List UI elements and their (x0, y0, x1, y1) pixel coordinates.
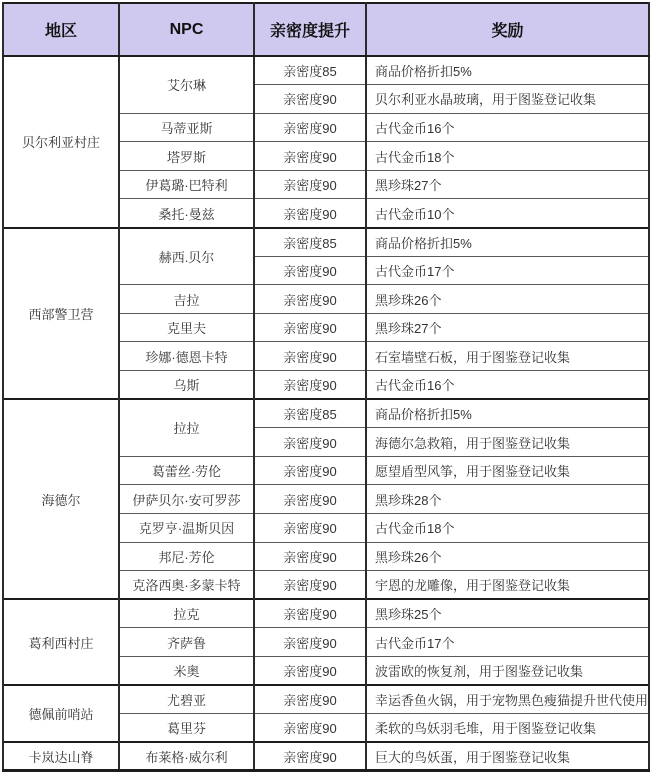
affinity-level-cell: 亲密度85 (254, 399, 366, 428)
reward-cell: 黑珍珠26个 (366, 542, 649, 571)
reward-cell: 黑珍珠25个 (366, 599, 649, 628)
header-cell-affinity: 亲密度提升 (254, 3, 366, 56)
affinity-level-cell: 亲密度90 (254, 485, 366, 514)
affinity-level-cell: 亲密度90 (254, 142, 366, 171)
affinity-level-cell: 亲密度90 (254, 199, 366, 228)
reward-cell: 石室墙壁石板，用于图鉴登记收集 (366, 342, 649, 371)
npc-cell: 克罗亨·温斯贝因 (119, 514, 254, 543)
affinity-level-cell: 亲密度90 (254, 342, 366, 371)
npc-cell: 齐萨鲁 (119, 628, 254, 657)
reward-cell: 古代金币10个 (366, 199, 649, 228)
affinity-level-cell: 亲密度90 (254, 113, 366, 142)
reward-cell: 愿望盾型风筝，用于图鉴登记收集 (366, 456, 649, 485)
header-cell-reward: 奖励 (366, 3, 649, 56)
table-row: 贝尔利亚村庄艾尔琳亲密度85商品价格折扣5% (3, 56, 649, 85)
npc-cell: 克里夫 (119, 313, 254, 342)
affinity-level-cell: 亲密度90 (254, 313, 366, 342)
table-row: 海德尔拉拉亲密度85商品价格折扣5% (3, 399, 649, 428)
npc-cell: 吉拉 (119, 285, 254, 314)
npc-cell: 马蒂亚斯 (119, 113, 254, 142)
region-cell: 海德尔 (3, 399, 119, 599)
affinity-level-cell: 亲密度90 (254, 542, 366, 571)
header-cell-npc: NPC (119, 3, 254, 56)
npc-cell: 乌斯 (119, 371, 254, 400)
affinity-level-cell: 亲密度90 (254, 714, 366, 743)
npc-cell: 米奥 (119, 656, 254, 685)
header-row: 地区 NPC 亲密度提升 奖励 (3, 3, 649, 56)
affinity-level-cell: 亲密度90 (254, 599, 366, 628)
affinity-level-cell: 亲密度85 (254, 228, 366, 257)
affinity-level-cell: 亲密度90 (254, 256, 366, 285)
reward-cell: 黑珍珠27个 (366, 313, 649, 342)
npc-cell: 珍娜·德恩卡特 (119, 342, 254, 371)
affinity-level-cell: 亲密度90 (254, 285, 366, 314)
affinity-level-cell: 亲密度90 (254, 428, 366, 457)
table-row: 卡岚达山脊布莱格·威尔利亲密度90巨大的鸟妖蛋，用于图鉴登记收集 (3, 742, 649, 771)
npc-cell: 赫西.贝尔 (119, 228, 254, 285)
affinity-level-cell: 亲密度90 (254, 85, 366, 114)
reward-cell: 古代金币18个 (366, 142, 649, 171)
npc-cell: 艾尔琳 (119, 56, 254, 113)
reward-cell: 波雷欧的恢复剂，用于图鉴登记收集 (366, 656, 649, 685)
rewards-table-body: 贝尔利亚村庄艾尔琳亲密度85商品价格折扣5%亲密度90贝尔利亚水晶玻璃，用于图鉴… (3, 56, 649, 771)
affinity-level-cell: 亲密度90 (254, 170, 366, 199)
affinity-level-cell: 亲密度90 (254, 371, 366, 400)
affinity-level-cell: 亲密度90 (254, 571, 366, 600)
npc-cell: 桑托·曼兹 (119, 199, 254, 228)
region-cell: 贝尔利亚村庄 (3, 56, 119, 228)
npc-cell: 伊葛璐·巴特利 (119, 170, 254, 199)
affinity-level-cell: 亲密度85 (254, 56, 366, 85)
reward-cell: 黑珍珠28个 (366, 485, 649, 514)
table-header: 地区 NPC 亲密度提升 奖励 (3, 3, 649, 56)
reward-cell: 黑珍珠27个 (366, 170, 649, 199)
affinity-level-cell: 亲密度90 (254, 742, 366, 771)
reward-cell: 古代金币17个 (366, 628, 649, 657)
region-cell: 西部警卫营 (3, 228, 119, 400)
reward-cell: 宇恩的龙雕像，用于图鉴登记收集 (366, 571, 649, 600)
npc-cell: 塔罗斯 (119, 142, 254, 171)
reward-cell: 古代金币16个 (366, 113, 649, 142)
reward-cell: 商品价格折扣5% (366, 56, 649, 85)
reward-cell: 幸运香鱼火锅，用于宠物黑色瘦猫提升世代使用 (366, 685, 649, 714)
table-row: 德佩前哨站尤碧亚亲密度90幸运香鱼火锅，用于宠物黑色瘦猫提升世代使用 (3, 685, 649, 714)
region-cell: 德佩前哨站 (3, 685, 119, 742)
npc-cell: 葛里芬 (119, 714, 254, 743)
npc-cell: 拉克 (119, 599, 254, 628)
npc-affinity-rewards-page: 地区 NPC 亲密度提升 奖励 贝尔利亚村庄艾尔琳亲密度85商品价格折扣5%亲密… (0, 0, 650, 775)
reward-cell: 海德尔急救箱，用于图鉴登记收集 (366, 428, 649, 457)
npc-cell: 邦尼·芳伦 (119, 542, 254, 571)
header-cell-region: 地区 (3, 3, 119, 56)
reward-cell: 贝尔利亚水晶玻璃，用于图鉴登记收集 (366, 85, 649, 114)
npc-cell: 尤碧亚 (119, 685, 254, 714)
npc-cell: 布莱格·威尔利 (119, 742, 254, 771)
affinity-level-cell: 亲密度90 (254, 685, 366, 714)
reward-cell: 商品价格折扣5% (366, 228, 649, 257)
npc-cell: 伊萨贝尔·安可罗莎 (119, 485, 254, 514)
affinity-level-cell: 亲密度90 (254, 656, 366, 685)
affinity-level-cell: 亲密度90 (254, 456, 366, 485)
npc-cell: 克洛西奥·多蒙卡特 (119, 571, 254, 600)
reward-cell: 黑珍珠26个 (366, 285, 649, 314)
npc-cell: 葛蕾丝·劳伦 (119, 456, 254, 485)
reward-cell: 古代金币17个 (366, 256, 649, 285)
table-row: 西部警卫营赫西.贝尔亲密度85商品价格折扣5% (3, 228, 649, 257)
reward-cell: 古代金币18个 (366, 514, 649, 543)
reward-cell: 古代金币16个 (366, 371, 649, 400)
region-cell: 卡岚达山脊 (3, 742, 119, 771)
npc-cell: 拉拉 (119, 399, 254, 456)
reward-cell: 商品价格折扣5% (366, 399, 649, 428)
affinity-level-cell: 亲密度90 (254, 514, 366, 543)
reward-cell: 柔软的鸟妖羽毛堆，用于图鉴登记收集 (366, 714, 649, 743)
table-row: 葛利西村庄拉克亲密度90黑珍珠25个 (3, 599, 649, 628)
region-cell: 葛利西村庄 (3, 599, 119, 685)
npc-affinity-rewards-table: 地区 NPC 亲密度提升 奖励 贝尔利亚村庄艾尔琳亲密度85商品价格折扣5%亲密… (2, 2, 650, 772)
reward-cell: 巨大的鸟妖蛋，用于图鉴登记收集 (366, 742, 649, 771)
affinity-level-cell: 亲密度90 (254, 628, 366, 657)
